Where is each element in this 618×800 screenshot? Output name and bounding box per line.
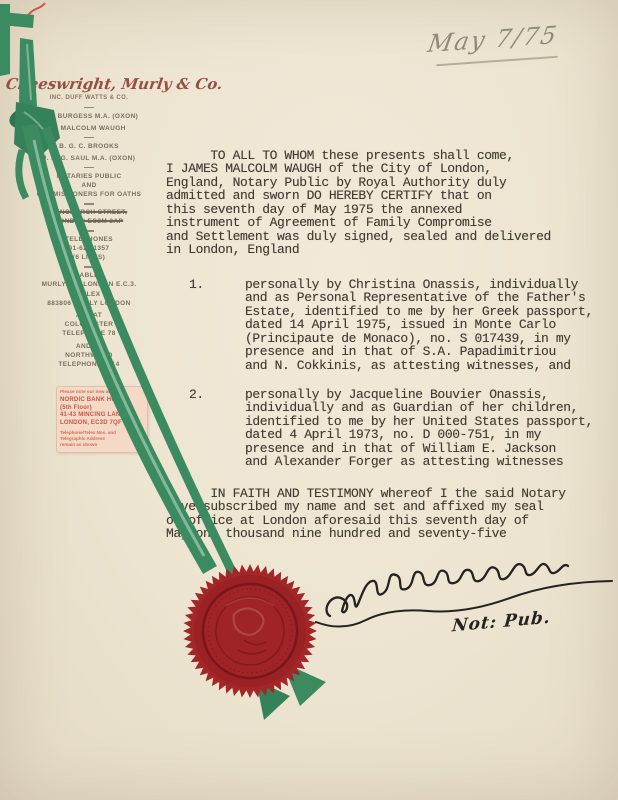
telephone-lines: (6 LINES): [6, 253, 172, 262]
scanned-notarial-certificate: May 7/75 Cheeswright, Murly & Co. INC. D…: [0, 0, 618, 800]
list-item-text: personally by Christina Onassis, individ…: [245, 278, 593, 372]
sticker-address-line: 41-43 MINCING LANE,: [60, 412, 144, 420]
sticker-intro: Please note our new address:: [60, 389, 144, 395]
branch2-phone: TELEPHONE 2114: [6, 360, 172, 369]
telex-label: TELEX: [6, 290, 172, 299]
firm-incorporating: INC. DUFF WATTS & CO.: [6, 94, 172, 103]
firm-name: Cheeswright, Murly & Co.: [5, 74, 174, 94]
list-item-number: 2.: [189, 388, 204, 401]
new-address-sticker: Please note our new address: NORDIC BANK…: [56, 386, 148, 453]
divider: [84, 203, 94, 205]
branch1-phone: TELEPHONE 78: [6, 329, 172, 338]
branch1-place: COLCHESTER: [6, 320, 172, 329]
divider: [84, 137, 94, 139]
divider: [84, 266, 94, 268]
old-address-struck: FENCHURCH STREET,: [6, 208, 172, 217]
opening-paragraph: TO ALL TO WHOM these presents shall come…: [166, 149, 551, 257]
partner-name: J. MALCOLM WAUGH: [6, 124, 172, 133]
role-line: COMMISSIONERS FOR OATHS: [6, 190, 172, 199]
partner-name: A. J. BURGESS M.A. (OXON): [6, 112, 172, 121]
telex-value: 883806 MURLY LONDON: [6, 299, 172, 308]
divider: [84, 107, 94, 109]
list-item-number: 1.: [189, 278, 204, 291]
cables-value: MURLYNOT LONDON E.C.3.: [6, 280, 172, 289]
list-item-text: personally by Jacqueline Bouvier Onassis…: [245, 388, 593, 469]
telephone-number: 01-623 1357: [6, 244, 172, 253]
role-line: AND: [6, 181, 172, 190]
sticker-address-line: LONDON, EC3D 7QF: [60, 420, 144, 428]
handwritten-date-note: May 7/75: [426, 18, 601, 58]
signature-title: Not: Pub.: [451, 608, 551, 637]
branch2-place: NORTHWOOD: [6, 351, 172, 360]
letterhead: Cheeswright, Murly & Co. INC. DUFF WATTS…: [6, 74, 172, 369]
divider: [84, 230, 94, 232]
branch2-prefix: AND AT: [6, 342, 172, 351]
cables-label: CABLES: [6, 271, 172, 280]
sticker-address-line: NORDIC BANK HOUSE: [60, 397, 144, 405]
divider: [84, 167, 94, 169]
sticker-address-line: (5th Floor): [60, 405, 144, 413]
handwritten-date-underline: [436, 56, 558, 67]
sticker-note: Telephone/Telex Nos. and Telegraphic Add…: [60, 430, 144, 448]
role-line: NOTARIES PUBLIC: [6, 172, 172, 181]
signature-name-stroke: [327, 564, 568, 616]
old-address-struck: LONDON EC3M 3AP: [6, 217, 172, 226]
partner-name: J. D. G. SAUL M.A. (OXON): [6, 154, 172, 163]
partner-name: B. G. C. BROOKS: [6, 142, 172, 151]
red-pencil-mark: [27, 3, 45, 17]
branch1-prefix: AND AT: [6, 311, 172, 320]
closing-paragraph: IN FAITH AND TESTIMONY whereof I the sai…: [166, 487, 566, 541]
telephones-label: TELEPHONES: [6, 235, 172, 244]
notary-wax-seal: [183, 564, 317, 698]
seal-emblem: [234, 608, 264, 634]
